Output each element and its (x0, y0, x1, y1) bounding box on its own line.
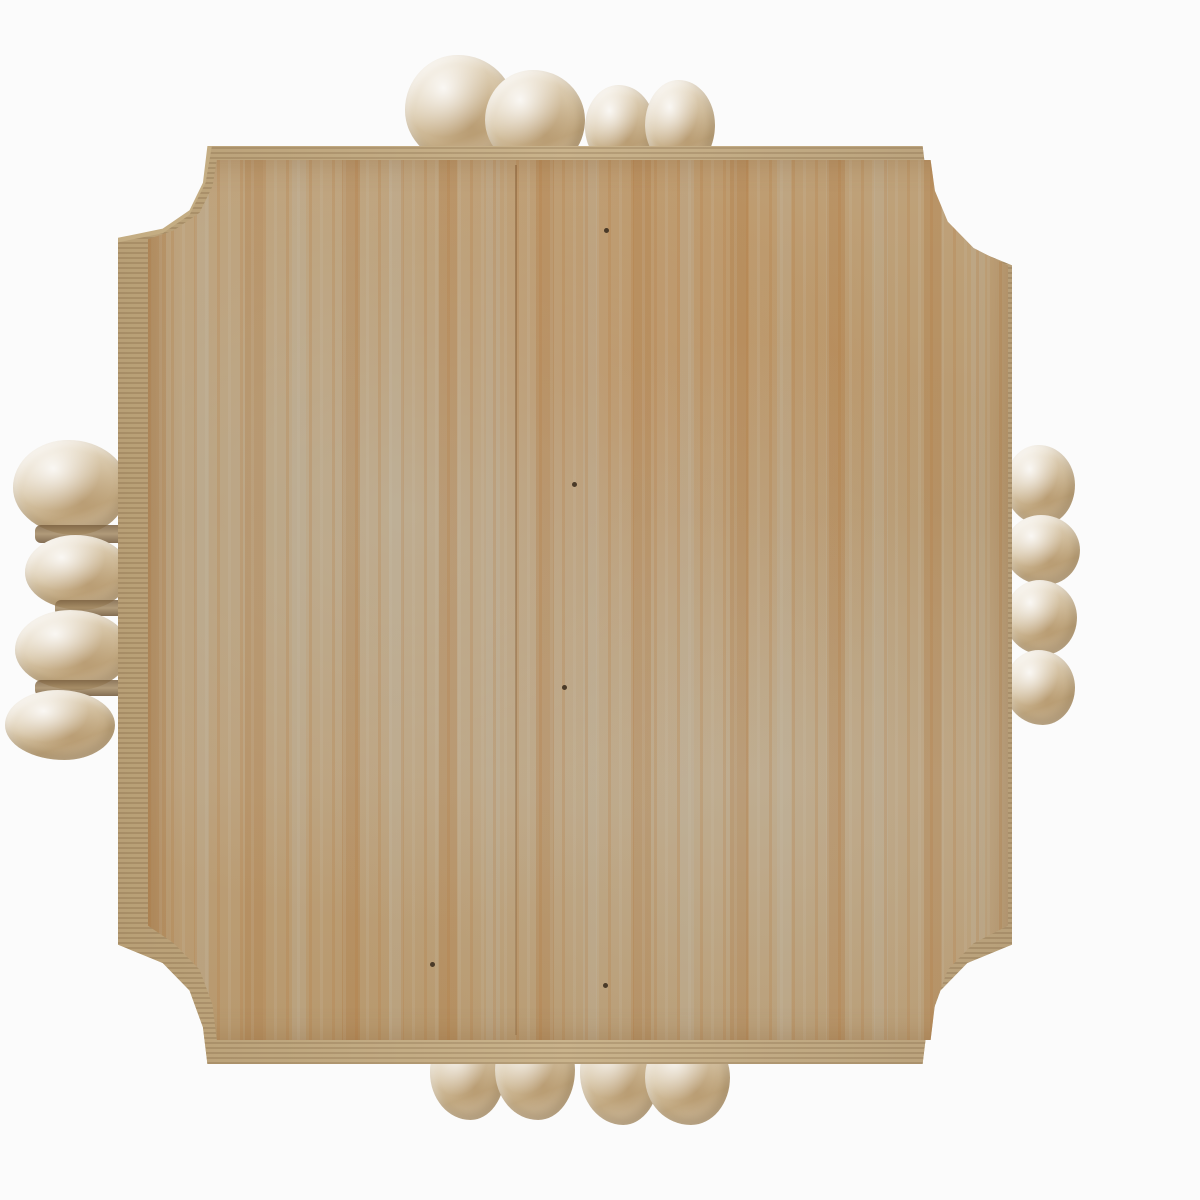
nail-hole (603, 983, 608, 988)
board-seam (515, 165, 517, 1035)
right-scroll-carving (1005, 445, 1085, 730)
nail-hole (562, 685, 567, 690)
nail-hole (604, 228, 609, 233)
photo-scene (0, 0, 1200, 1200)
wooden-board (148, 160, 1008, 1040)
nail-hole (430, 962, 435, 967)
nail-hole (572, 482, 577, 487)
left-scroll-carving (5, 440, 130, 760)
